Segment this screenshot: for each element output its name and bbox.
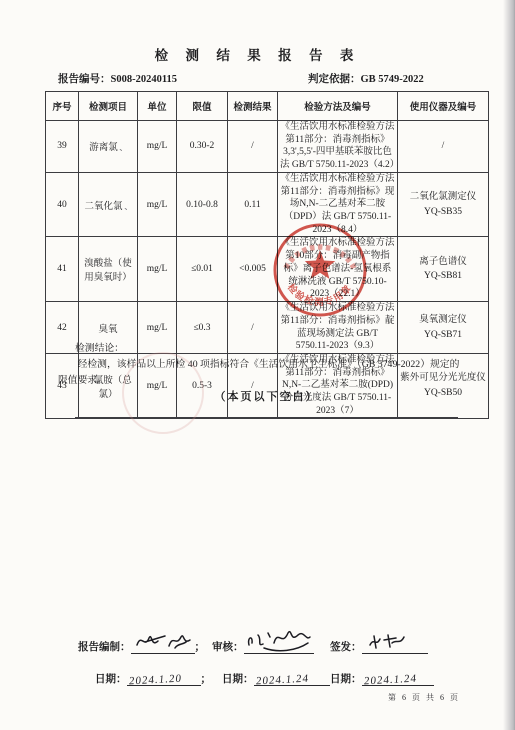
issued-date-field: 2024.1.24 [362, 668, 434, 686]
cell-method: 《生活饮用水标准检验方法 第10部分：消毒副产物指标》离子色谱法-氢氧根系统淋洗… [278, 237, 398, 302]
handwritten-signature-icon [362, 631, 428, 655]
blank-below-note: （本页以下空白） [45, 388, 488, 404]
reviewed-date-value: 2024.1.24 [255, 673, 309, 688]
cell-item: 游离氯、 [79, 121, 138, 173]
report-number-value: S008-20240115 [111, 74, 178, 85]
handwritten-tick: 、 [118, 142, 127, 154]
table-row: 39游离氯、mg/L0.30-2/《生活饮用水标准检验方法 第11部分：消毒剂指… [46, 121, 489, 173]
cell-instrument: 二氧化氯测定仪 YQ-SB35 [398, 172, 489, 237]
table-row: 40二氧化氯、mg/L0.10-0.80.11《生活饮用水标准检验方法 第11部… [46, 172, 489, 237]
reviewed-date-label: 日期： [222, 674, 254, 685]
column-header: 使用仪器及编号 [398, 92, 489, 121]
issued-date-value: 2024.1.24 [363, 673, 417, 688]
scanned-report-page: { "page": { "title": "检 测 结 果 报 告 表", "r… [0, 0, 515, 730]
page-title: 检 测 结 果 报 告 表 [0, 44, 515, 64]
date-row: 日期：2024.1.20； 日期：2024.1.24 日期：2024.1.24 [0, 668, 515, 694]
cell-item: 二氧化氯、 [79, 172, 138, 237]
column-header: 单位 [138, 92, 177, 121]
prepared-date-group: 日期：2024.1.20； [95, 668, 211, 686]
cell-limit: ≤0.01 [177, 237, 228, 302]
cell-instrument: 离子色谱仪 YQ-SB81 [398, 237, 489, 302]
cell-limit: 0.10-0.8 [177, 172, 228, 237]
column-header: 检测项目 [79, 92, 138, 121]
report-number-label: 报告编号： [58, 74, 111, 85]
issued-by-signature [362, 636, 428, 654]
prepared-by-label: 报告编制： [78, 642, 131, 653]
issued-by-label: 签发： [330, 642, 362, 653]
issued-date-group: 日期：2024.1.24 [330, 668, 434, 686]
cell-no: 40 [46, 172, 79, 237]
cell-unit: mg/L [138, 172, 177, 237]
column-header: 检测结果 [228, 92, 278, 121]
cell-item: 溴酸盐（使用臭氧时） [79, 237, 138, 302]
reviewed-by-signature [244, 636, 314, 654]
page-number: 第 6 页 共 6 页 [388, 692, 460, 703]
cell-method: 《生活饮用水标准检验方法 第11部分：消毒剂指标》现场N,N-二乙基对苯二胺（D… [278, 172, 398, 237]
reviewed-date-group: 日期：2024.1.24 [222, 668, 330, 686]
handwritten-signature-icon [131, 629, 195, 655]
cell-result: / [228, 121, 278, 173]
table-row: 41溴酸盐（使用臭氧时）mg/L≤0.01<0.005《生活饮用水标准检验方法 … [46, 237, 489, 302]
cell-result: <0.005 [228, 237, 278, 302]
cell-instrument: / [398, 121, 489, 173]
judgment-basis-label: 判定依据： [308, 74, 361, 85]
reviewed-date-field: 2024.1.24 [254, 668, 330, 686]
results-table-header-row: 序号检测项目单位限值检测结果检验方法及编号使用仪器及编号 [46, 92, 489, 121]
conclusion-text: 经检测，该样品以上所检 40 项指标符合《生活饮用水卫生标准》（GB 5749-… [58, 357, 460, 389]
reviewed-by-group: 审核： [212, 636, 314, 654]
handwritten-tick: 、 [123, 200, 132, 212]
separator-semicolon: ； [201, 674, 212, 685]
prepared-date-value: 2024.1.20 [128, 673, 182, 688]
cell-method: 《生活饮用水标准检验方法 第11部分：消毒剂指标》3,3',5,5'-四甲基联苯… [278, 121, 398, 173]
conclusion-section: 检测结论： 经检测，该样品以上所检 40 项指标符合《生活饮用水卫生标准》（GB… [58, 341, 460, 389]
judgment-basis: 判定依据：GB 5749-2022 [308, 71, 424, 86]
scan-edge-shadow [503, 0, 515, 730]
reviewed-by-label: 审核： [212, 642, 244, 653]
end-of-content-rule [75, 417, 458, 418]
prepared-by-signature [131, 636, 195, 654]
report-number: 报告编号：S008-20240115 [58, 71, 177, 86]
separator-semicolon: ； [195, 642, 206, 653]
prepared-date-field: 2024.1.20 [127, 668, 201, 686]
cell-unit: mg/L [138, 121, 177, 173]
cell-unit: mg/L [138, 237, 177, 302]
conclusion-label: 检测结论： [75, 343, 124, 354]
cell-limit: 0.30-2 [177, 121, 228, 173]
prepared-date-label: 日期： [95, 674, 127, 685]
handwritten-signature-icon [244, 627, 314, 655]
signature-row: 报告编制：； 审核： 签发： [0, 636, 515, 662]
cell-no: 39 [46, 121, 79, 173]
column-header: 序号 [46, 92, 79, 121]
cell-result: 0.11 [228, 172, 278, 237]
column-header: 限值 [177, 92, 228, 121]
issued-date-label: 日期： [330, 674, 362, 685]
prepared-by-group: 报告编制：； [78, 636, 205, 654]
issued-by-group: 签发： [330, 636, 428, 654]
cell-no: 41 [46, 237, 79, 302]
column-header: 检验方法及编号 [278, 92, 398, 121]
judgment-basis-value: GB 5749-2022 [361, 74, 424, 85]
